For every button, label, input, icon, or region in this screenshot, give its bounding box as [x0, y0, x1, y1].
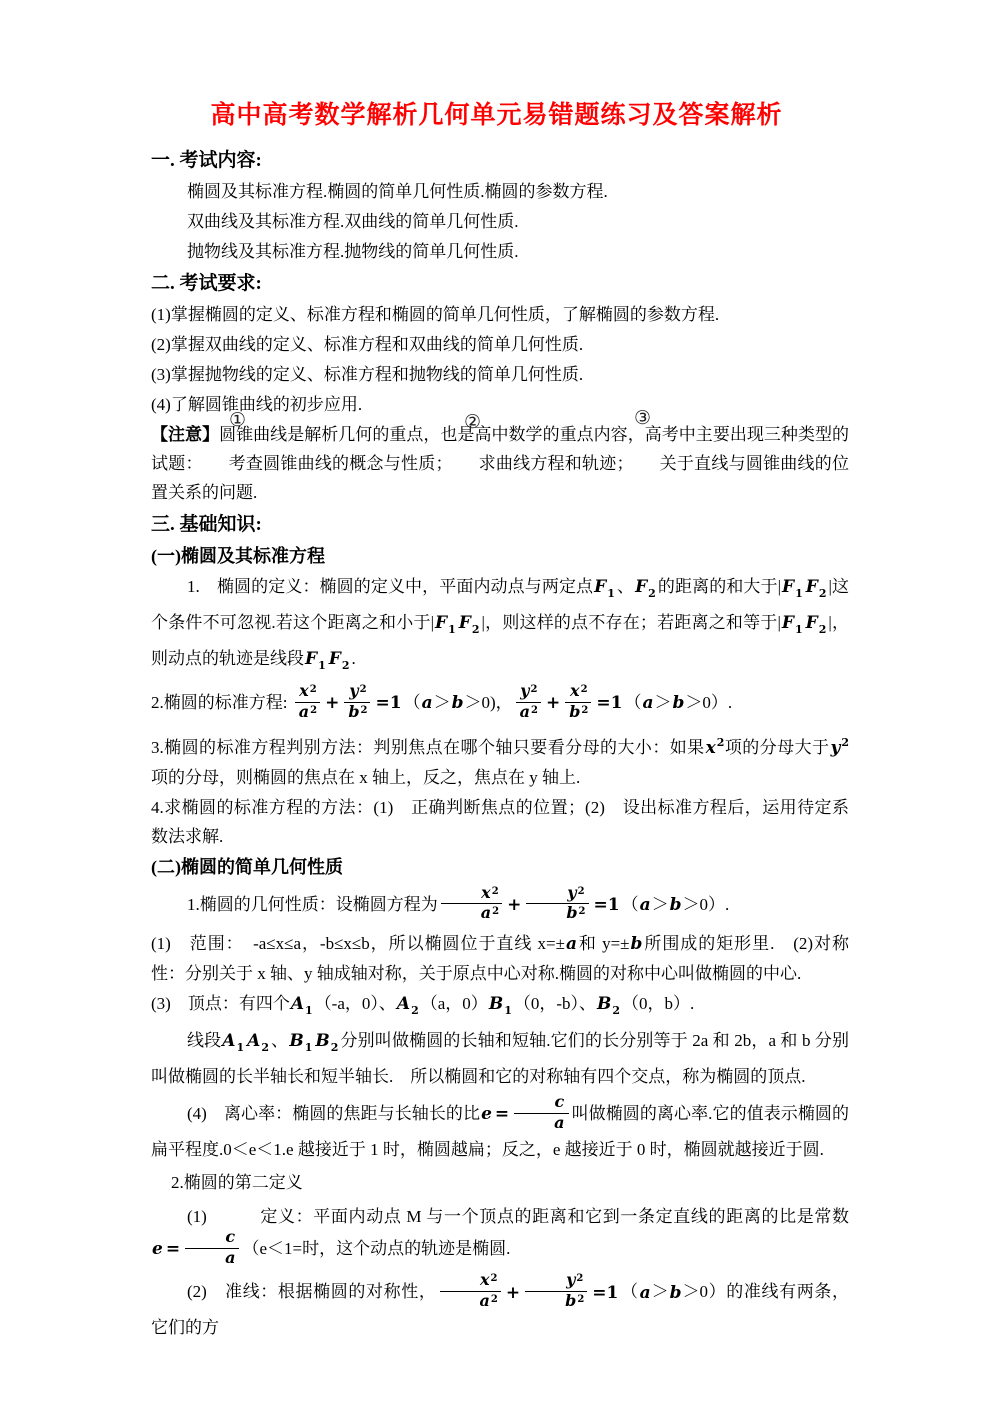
subscript: 1: [318, 659, 326, 672]
fraction: x2a2: [441, 885, 502, 924]
math-var: c: [224, 1227, 236, 1246]
math-var: F: [304, 649, 318, 669]
math-var: b: [671, 693, 685, 713]
text-run: 、: [271, 1031, 288, 1050]
subscript: 2: [411, 1004, 419, 1017]
second-definition: (1) 定义：平面内动点 M 与一个顶点的距离和它到一条定直线的距离的比是常数e…: [151, 1202, 849, 1270]
text-run: .: [351, 649, 355, 668]
math-var: A: [290, 994, 305, 1014]
text-run: 1. 椭圆的定义：椭圆的定义中，平面内动点与两定点: [187, 577, 593, 596]
superscript: 2: [310, 684, 317, 695]
ellipse-definition: 1. 椭圆的定义：椭圆的定义中，平面内动点与两定点F1、F2的距离的和大于|F1…: [151, 572, 849, 680]
math-var: x: [569, 681, 581, 700]
document-page: 高中高考数学解析几何单元易错题练习及答案解析 一. 考试内容: 椭圆及其标准方程…: [0, 0, 993, 1404]
numerator: x2: [565, 683, 591, 703]
math-var: x: [298, 681, 310, 700]
denominator: b2: [565, 703, 591, 722]
text-run: (二)椭圆的简单几何性质: [151, 857, 343, 877]
axes-paragraph: 线段A1A2、B1B2分别叫做椭圆的长轴和短轴.它们的长分别等于 2a 和 2b…: [151, 1026, 849, 1091]
fraction: y2b2: [344, 683, 370, 722]
math-var: b: [565, 903, 578, 922]
text-run: 4.求椭圆的标准方程的方法：(1) 正确判断焦点的位置；(2) 设出标准方程后，…: [151, 798, 849, 846]
text-run: ＞0)，: [464, 693, 512, 712]
math-var: x: [480, 883, 492, 902]
superscript: 2: [492, 886, 499, 897]
doc-title: 高中高考数学解析几何单元易错题练习及答案解析: [0, 95, 993, 131]
math-var: y: [829, 738, 841, 758]
requirement-3: (3)掌握抛物线的定义、标准方程和抛物线的简单几何性质.: [151, 360, 849, 389]
math-var: b: [568, 702, 581, 721]
directrix-paragraph: (2) 准线：根据椭圆的对称性，x2a2+y2b2=1（a＞b＞0）的准线有两条…: [151, 1274, 849, 1342]
text-run: (2)掌握双曲线的定义、标准方程和双曲线的简单几何性质.: [151, 335, 583, 354]
circled-number-1: ①: [229, 411, 246, 430]
fraction: y2b2: [525, 1272, 587, 1311]
numerator: y2: [516, 683, 541, 703]
math-op: =: [164, 1239, 182, 1259]
math-op: =1: [592, 895, 622, 915]
text-run: （: [622, 895, 639, 914]
math-var: a: [565, 934, 578, 954]
math-var: c: [553, 1092, 565, 1111]
text-run: （: [404, 693, 421, 712]
text-run: （-a，0）、: [315, 994, 396, 1013]
superscript: 2: [310, 705, 317, 716]
subscript: 1: [305, 1041, 313, 1054]
math-op: =: [493, 1104, 511, 1124]
fraction: y2b2: [526, 885, 588, 924]
text-run: 2.椭圆的标准方程:: [151, 693, 292, 712]
subscript: 2: [342, 659, 350, 672]
superscript: 2: [841, 736, 849, 749]
text-run: ＞: [434, 693, 451, 712]
numerator: x2: [440, 1272, 501, 1292]
math-var: e: [151, 1239, 164, 1259]
circled-number-3: ③: [634, 409, 651, 428]
subscript: 1: [795, 587, 803, 600]
text-run: (2) 准线：根据椭圆的对称性，: [187, 1283, 437, 1302]
math-var: F: [458, 613, 472, 633]
numerator: c: [185, 1229, 239, 1249]
math-var: B: [314, 1031, 330, 1051]
superscript: 2: [492, 906, 499, 917]
denominator: a2: [295, 703, 320, 722]
second-definition-heading: 2.椭圆的第二定义: [151, 1168, 849, 1197]
fraction: y2a2: [516, 683, 541, 722]
math-var: x: [479, 1270, 491, 1289]
math-var: x: [705, 738, 717, 758]
superscript: 2: [361, 705, 368, 716]
math-var: A: [246, 1031, 261, 1051]
fraction: x2a2: [295, 683, 320, 722]
math-var: b: [669, 895, 683, 915]
denominator: b2: [525, 1292, 587, 1311]
superscript: 2: [578, 886, 585, 897]
requirement-2: (2)掌握双曲线的定义、标准方程和双曲线的简单几何性质.: [151, 330, 849, 359]
numerator: y2: [526, 885, 588, 905]
math-op: +: [504, 1283, 522, 1303]
superscript: 2: [576, 1273, 583, 1284]
math-var: a: [421, 693, 434, 713]
item-parabola: 抛物线及其标准方程.抛物线的简单几何性质.: [151, 237, 849, 266]
superscript: 2: [491, 1294, 498, 1305]
text-run: 2.椭圆的第二定义: [171, 1173, 303, 1192]
math-var: B: [488, 994, 504, 1014]
eccentricity-paragraph: (4) 离心率：椭圆的焦距与长轴长的比e=ca叫做椭圆的离心率.它的值表示椭圆的…: [151, 1096, 849, 1164]
subscript: 1: [795, 623, 803, 636]
numerator: x2: [441, 885, 502, 905]
superscript: 2: [577, 1294, 584, 1305]
math-op: +: [544, 693, 562, 713]
text-run: 、: [617, 577, 634, 596]
superscript: 2: [581, 705, 588, 716]
text-run: (1) 定义：平面内动点 M 与一个顶点的距离和它到一条定直线的距离的比是常数: [187, 1207, 849, 1226]
math-op: =1: [373, 693, 403, 713]
numerator: y2: [344, 683, 370, 703]
math-var: b: [451, 693, 465, 713]
math-var: a: [479, 1291, 491, 1310]
text-run: (3) 顶点：有四个: [151, 994, 290, 1013]
superscript: 2: [581, 684, 588, 695]
subscript: 1: [237, 1041, 245, 1054]
numerator: y2: [525, 1272, 587, 1292]
subheading-geometric-props: (二)椭圆的简单几何性质: [151, 852, 849, 882]
subheading-ellipse-std-eq: (一)椭圆及其标准方程: [151, 541, 849, 571]
item-ellipse: 椭圆及其标准方程.椭圆的简单几何性质.椭圆的参数方程.: [151, 177, 849, 206]
denominator: b2: [344, 703, 370, 722]
text-run: (4) 离心率：椭圆的焦距与长轴长的比: [187, 1104, 480, 1123]
solving-method: 4.求椭圆的标准方程的方法：(1) 正确判断焦点的位置；(2) 设出标准方程后，…: [151, 793, 849, 851]
math-var: b: [669, 1283, 683, 1303]
denominator: a: [185, 1249, 239, 1268]
superscript: 2: [360, 684, 367, 695]
superscript: 2: [491, 1273, 498, 1284]
text-run: 抛物线及其标准方程.抛物线的简单几何性质.: [187, 242, 519, 261]
math-var: F: [593, 577, 607, 597]
math-var: e: [480, 1104, 493, 1124]
text-run: （a，0）: [421, 994, 488, 1013]
math-var: B: [288, 1031, 304, 1051]
text-run: ＞0）.: [685, 693, 732, 712]
math-var: B: [596, 994, 612, 1014]
text-run: 二. 考试要求:: [151, 273, 262, 294]
text-run: ＞: [654, 693, 671, 712]
subscript: 2: [819, 623, 827, 636]
denominator: b2: [526, 904, 588, 923]
circled-number-2: ②: [464, 413, 481, 432]
math-var: F: [781, 613, 795, 633]
content-area: 一. 考试内容: 椭圆及其标准方程.椭圆的简单几何性质.椭圆的参数方程. 双曲线…: [151, 145, 849, 1342]
superscript: 2: [530, 684, 537, 695]
text-run: ＞: [652, 1283, 669, 1302]
text-run: 项的分母，则椭圆的焦点在 x 轴上，反之，焦点在 y 轴上.: [151, 768, 580, 787]
math-var: y: [519, 681, 530, 700]
math-var: a: [298, 702, 310, 721]
math-var: a: [639, 895, 652, 915]
requirement-1: (1)掌握椭圆的定义、标准方程和椭圆的简单几何性质，了解椭圆的参数方程.: [151, 300, 849, 329]
item-hyperbola: 双曲线及其标准方程.双曲线的简单几何性质.: [151, 207, 849, 236]
text-run: 线段: [187, 1031, 221, 1050]
heading-basics: 三. 基础知识:: [151, 509, 849, 540]
subscript: 2: [819, 587, 827, 600]
fraction: ca: [185, 1229, 239, 1268]
text-run: （0，-b）、: [514, 994, 596, 1013]
math-var: a: [639, 1283, 652, 1303]
text-run: (1)掌握椭圆的定义、标准方程和椭圆的简单几何性质，了解椭圆的参数方程.: [151, 305, 719, 324]
math-var: b: [347, 702, 360, 721]
text-run: 双曲线及其标准方程.双曲线的简单几何性质.: [187, 212, 519, 231]
vertices-line: (3) 顶点：有四个A1（-a，0）、A2（a，0）B1（0，-b）、B2（0，…: [151, 989, 849, 1025]
denominator: a: [514, 1114, 568, 1133]
text-run: （: [624, 693, 641, 712]
superscript: 2: [531, 705, 538, 716]
subscript: 1: [504, 1004, 512, 1017]
math-var: a: [224, 1248, 236, 1267]
math-var: F: [805, 613, 819, 633]
math-var: a: [553, 1113, 565, 1132]
text-run: 和 y=±: [578, 934, 630, 953]
text-run: （e＜1=时，这个动点的轨迹是椭圆.: [242, 1239, 510, 1258]
text-run: 圆锥曲线是解析几何的重点，也是高中数学的重点内容，高考中主要出现三种类型的试题：…: [151, 425, 849, 502]
denominator: a2: [441, 904, 502, 923]
superscript: 2: [579, 906, 586, 917]
math-var: F: [781, 577, 795, 597]
geometric-props-line: 1.椭圆的几何性质：设椭圆方程为x2a2+y2b2=1（a＞b＞0）.: [151, 887, 849, 926]
subscript: 1: [305, 1004, 313, 1017]
subscript: 2: [648, 587, 656, 600]
heading-exam-requirements: 二. 考试要求:: [151, 268, 849, 299]
denominator: a2: [516, 703, 541, 722]
text-run: 椭圆及其标准方程.椭圆的简单几何性质.椭圆的参数方程.: [187, 182, 608, 201]
text-run: 项的分母大于: [724, 738, 829, 757]
fraction: ca: [514, 1094, 568, 1133]
math-var: b: [564, 1291, 577, 1310]
math-var: F: [805, 577, 819, 597]
math-var: F: [634, 577, 648, 597]
math-var: F: [434, 613, 448, 633]
subscript: 1: [607, 587, 615, 600]
standard-equation-line: 2.椭圆的标准方程: x2a2+y2b2=1（a＞b＞0)，y2a2+x2b2=…: [151, 685, 849, 724]
math-op: +: [505, 895, 523, 915]
text-run: ＞: [652, 895, 669, 914]
numerator: c: [514, 1094, 568, 1114]
range-and-symmetry: (1) 范围： -a≤x≤a，-b≤x≤b，所以椭圆位于直线 x=±a和 y=±…: [151, 929, 849, 988]
requirement-4: (4)了解圆锥曲线的初步应用.: [151, 390, 849, 419]
text-run: 1.椭圆的几何性质：设椭圆方程为: [187, 895, 438, 914]
math-var: A: [221, 1031, 236, 1051]
text-run: ＞0）.: [682, 895, 729, 914]
math-var: a: [480, 903, 492, 922]
subscript: 2: [472, 623, 480, 636]
math-op: =1: [590, 1283, 620, 1303]
math-var: F: [328, 649, 342, 669]
subscript: 2: [331, 1041, 339, 1054]
equation-judgement: 3.椭圆的标准方程判别方法：判别焦点在哪个轴只要看分母的大小：如果x2项的分母大…: [151, 728, 849, 792]
text-run: (3)掌握抛物线的定义、标准方程和抛物线的简单几何性质.: [151, 365, 583, 384]
math-var: a: [641, 693, 654, 713]
heading-exam-content: 一. 考试内容:: [151, 145, 849, 176]
text-run: (4)了解圆锥曲线的初步应用.: [151, 395, 362, 414]
text-run: （: [620, 1283, 638, 1302]
subscript: 1: [448, 623, 456, 636]
text-run: (一)椭圆及其标准方程: [151, 546, 325, 566]
math-op: =1: [594, 693, 624, 713]
fraction: x2b2: [565, 683, 591, 722]
math-op: +: [323, 693, 341, 713]
fraction: x2a2: [440, 1272, 501, 1311]
math-var: y: [565, 1270, 576, 1289]
denominator: a2: [440, 1292, 501, 1311]
math-var: A: [396, 994, 411, 1014]
text-run: 三. 基础知识:: [151, 514, 262, 535]
text-run: (1) 范围： -a≤x≤a，-b≤x≤b，所以椭圆位于直线 x=±: [151, 934, 565, 953]
numerator: x2: [295, 683, 320, 703]
text-run: 一. 考试内容:: [151, 150, 262, 171]
text-run: 的距离的和大于|: [658, 577, 781, 596]
text-run: |，则这样的点不存在；若距离之和等于|: [482, 613, 781, 632]
bold-text-run: 【注意】: [151, 425, 219, 444]
math-var: y: [348, 681, 359, 700]
math-var: a: [519, 702, 531, 721]
note-paragraph: ①②③【注意】圆锥曲线是解析几何的重点，也是高中数学的重点内容，高考中主要出现三…: [151, 420, 849, 507]
text-run: （0，b）.: [622, 994, 694, 1013]
subscript: 2: [261, 1041, 269, 1054]
math-var: b: [630, 934, 644, 954]
text-run: 3.椭圆的标准方程判别方法：判别焦点在哪个轴只要看分母的大小：如果: [151, 738, 705, 757]
math-var: y: [566, 883, 577, 902]
subscript: 2: [612, 1004, 620, 1017]
